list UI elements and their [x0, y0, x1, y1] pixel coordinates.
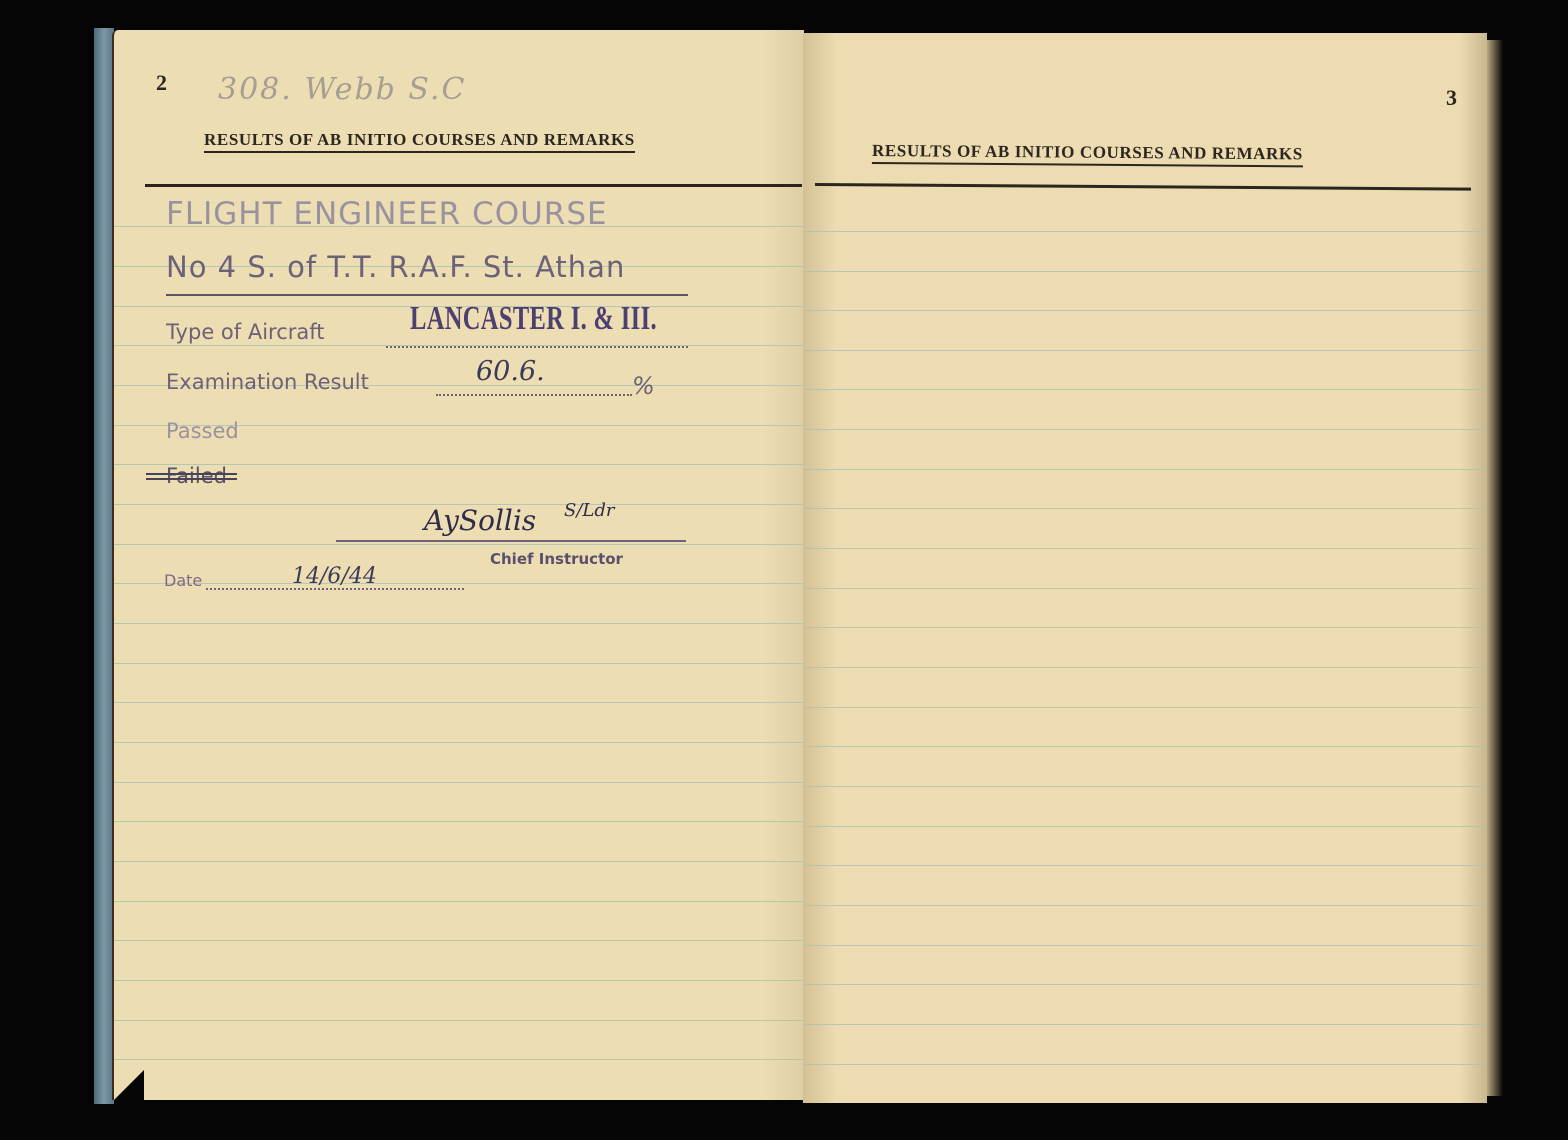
ruled-line [803, 350, 1487, 351]
ruled-line [803, 627, 1487, 628]
ruled-line [114, 544, 804, 545]
ruled-line [803, 429, 1487, 430]
ruled-line [114, 901, 804, 902]
page-number: 2 [156, 70, 167, 96]
header-rule [145, 184, 802, 187]
aircraft-value: LANCASTER I. & III. [410, 300, 657, 338]
ruled-line [114, 821, 804, 822]
header-rule [815, 183, 1471, 191]
ruled-line [803, 271, 1487, 272]
ruled-line [114, 980, 804, 981]
ruled-line [803, 508, 1487, 509]
exam-dotted-line [436, 394, 632, 396]
right-page: 3 RESULTS OF AB INITIO COURSES AND REMAR… [803, 33, 1487, 1103]
ruled-line [803, 707, 1487, 708]
failed-struck-out: Failed [166, 464, 227, 488]
exam-label: Examination Result [166, 370, 369, 394]
ruled-line [803, 984, 1487, 985]
ruled-line [803, 1024, 1487, 1025]
ruled-line [114, 663, 804, 664]
signature-rank: S/Ldr [564, 500, 614, 521]
ruled-line [803, 588, 1487, 589]
ruled-line [803, 865, 1487, 866]
ruled-line [114, 940, 804, 941]
page-heading: RESULTS OF AB INITIO COURSES AND REMARKS [204, 130, 635, 153]
ruled-line [803, 469, 1487, 470]
page-edge-shadow [1487, 40, 1503, 1096]
date-label: Date [164, 571, 202, 590]
exam-value: 60.6. [476, 356, 545, 387]
ruled-line [114, 861, 804, 862]
ruled-line [114, 742, 804, 743]
date-dotted-line [206, 588, 464, 590]
aircraft-label: Type of Aircraft [166, 320, 325, 344]
page-number: 3 [1446, 85, 1457, 111]
ruled-line [114, 623, 804, 624]
ruled-line [114, 1020, 804, 1021]
dog-eared-corner [114, 1070, 144, 1100]
ruled-line [114, 583, 804, 584]
stamp-divider [166, 294, 688, 296]
ruled-line [803, 231, 1487, 232]
failed-label: Failed [166, 464, 227, 488]
signature-line [336, 540, 686, 542]
ruled-line [114, 782, 804, 783]
ruled-line [114, 1059, 804, 1060]
ruled-line [803, 389, 1487, 390]
signatory-title: Chief Instructor [490, 550, 623, 568]
percent-sign: % [632, 372, 655, 400]
date-value: 14/6/44 [292, 564, 377, 589]
ruled-line [803, 548, 1487, 549]
page-heading: RESULTS OF AB INITIO COURSES AND REMARKS [872, 141, 1303, 167]
signature: AySollis [424, 504, 536, 537]
ruled-line [803, 826, 1487, 827]
ruled-line [803, 786, 1487, 787]
ruled-line [803, 905, 1487, 906]
ruled-line [803, 1064, 1487, 1065]
ruled-line [114, 702, 804, 703]
ruled-line [803, 945, 1487, 946]
passed-label: Passed [166, 419, 239, 443]
ruled-line [803, 310, 1487, 311]
pencil-annotation: 308. Webb S.C [218, 72, 466, 107]
left-page: 2 308. Webb S.C RESULTS OF AB INITIO COU… [112, 30, 804, 1100]
course-title: FLIGHT ENGINEER COURSE [166, 196, 608, 232]
ruled-line [803, 746, 1487, 747]
aircraft-dotted-line [386, 346, 688, 348]
ruled-line [803, 667, 1487, 668]
book-cover-edge [94, 28, 114, 1104]
school-name: No 4 S. of T.T. R.A.F. St. Athan [166, 250, 625, 284]
